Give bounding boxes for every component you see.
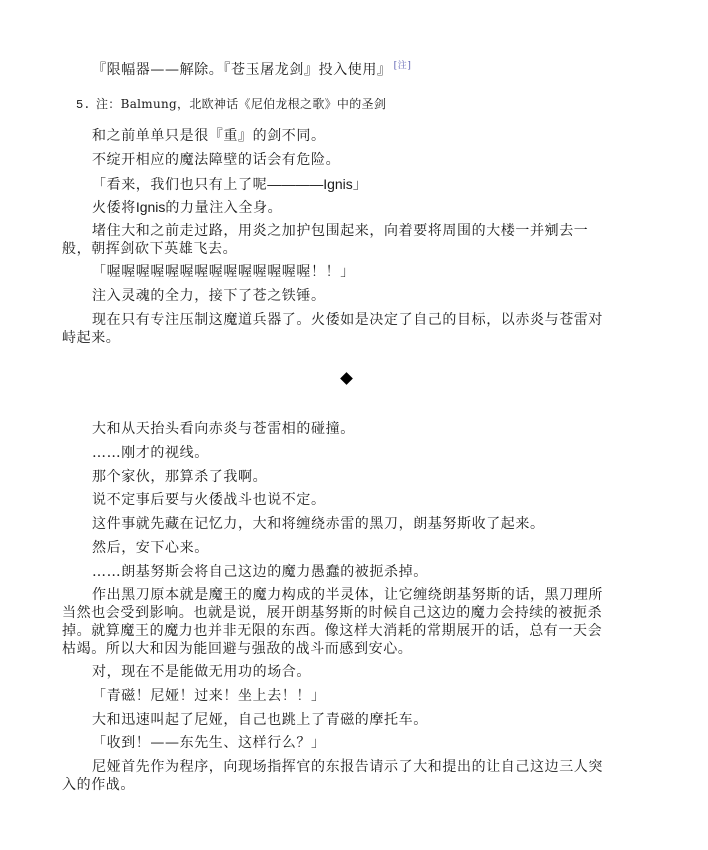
dialogue-text: 「看来，我们也只有上了呢 — [92, 177, 267, 193]
text-run: 的力量注入全身。 — [165, 200, 282, 216]
paragraph-line: 掉。就算魔王的魔力也并非无限的东西。像这样大消耗的常期展开的话，总有一天会 — [62, 623, 602, 639]
scene-divider-diamond-icon — [340, 372, 353, 385]
dash: ———— — [267, 176, 323, 192]
latin-name: Ignis — [323, 176, 353, 192]
footnote-text: 注：Balmung，北欧神话《尼伯龙根之歌》中的圣剑 — [96, 97, 386, 111]
paragraph: 不绽开相应的魔法障壁的话会有危险。 — [92, 152, 340, 168]
paragraph-line: 现在只有专注压制这魔道兵器了。火倭如是决定了自己的目标，以赤炎与苍雷对 — [92, 312, 603, 328]
paragraph: 大和迅速叫起了尼娅，自己也跳上了青磁的摩托车。 — [92, 712, 428, 728]
text-run: 火倭将 — [92, 200, 136, 216]
paragraph-line: 般，朝挥剑砍下英雄飞去。 — [62, 241, 237, 257]
paragraph-line: 堵住大和之前走过路，用炎之加护包围起来，向着要将周围的大楼一并剜去一 — [92, 223, 588, 239]
incantation-text: 『限幅器——解除。『苍玉屠龙剑』投入使用』 — [92, 62, 392, 78]
footnote: 5.注：Balmung，北欧神话《尼伯龙根之歌》中的圣剑 — [76, 96, 386, 113]
paragraph-line: 当然也会受到影响。也就是说，展开朗基努斯的时候自己这边的魔力会持续的被扼杀 — [62, 605, 602, 621]
dialogue-line: 「青磁！尼娅！过来！坐上去！！」 — [92, 688, 326, 704]
document-page: 『限幅器——解除。『苍玉屠龙剑』投入使用』[注] 5.注：Balmung，北欧神… — [0, 0, 708, 850]
dialogue-close: 」 — [353, 177, 368, 193]
dialogue-line: 「喔喔喔喔喔喔喔喔喔喔喔喔喔喔！！」 — [92, 264, 355, 280]
footnote-number: 5. — [76, 97, 96, 113]
paragraph-line: 入的作战。 — [62, 777, 135, 793]
footnote-link[interactable]: [注] — [394, 61, 412, 71]
incantation-line: 『限幅器——解除。『苍玉屠龙剑』投入使用』[注] — [92, 62, 411, 78]
paragraph: 这件事就先藏在记忆力，大和将缠绕赤雷的黑刀，朗基努斯收了起来。 — [92, 516, 545, 532]
paragraph-line: 峙起来。 — [62, 330, 120, 346]
paragraph-line: 作出黑刀原本就是魔王的魔力构成的半灵体，让它缠绕朗基努斯的话，黑刀理所 — [92, 587, 603, 603]
paragraph: 注入灵魂的全力，接下了苍之铁锤。 — [92, 288, 326, 304]
paragraph: 那个家伙，那算杀了我啊。 — [92, 469, 267, 485]
paragraph-line: 尼娅首先作为程序，向现场指挥官的东报告请示了大和提出的让自己这边三人突 — [92, 759, 603, 775]
paragraph: ……朗基努斯会将自己这边的魔力愚蠢的被扼杀掉。 — [92, 564, 428, 580]
latin-name: Ignis — [136, 199, 166, 215]
paragraph: 火倭将Ignis的力量注入全身。 — [92, 199, 282, 216]
dialogue-line: 「看来，我们也只有上了呢————Ignis」 — [92, 176, 367, 193]
paragraph: 说不定事后要与火倭战斗也说不定。 — [92, 492, 326, 508]
paragraph: 和之前单单只是很『重』的剑不同。 — [92, 128, 326, 144]
paragraph: 大和从天抬头看向赤炎与苍雷相的碰撞。 — [92, 421, 355, 437]
paragraph: ……刚才的视线。 — [92, 445, 209, 461]
paragraph: 然后，安下心来。 — [92, 540, 209, 556]
paragraph: 对，现在不是能做无用功的场合。 — [92, 664, 311, 680]
dialogue-line: 「收到！——东先生、这样行么？」 — [92, 735, 326, 751]
paragraph-line: 枯竭。所以大和因为能回避与强敌的战斗而感到安心。 — [62, 641, 412, 657]
